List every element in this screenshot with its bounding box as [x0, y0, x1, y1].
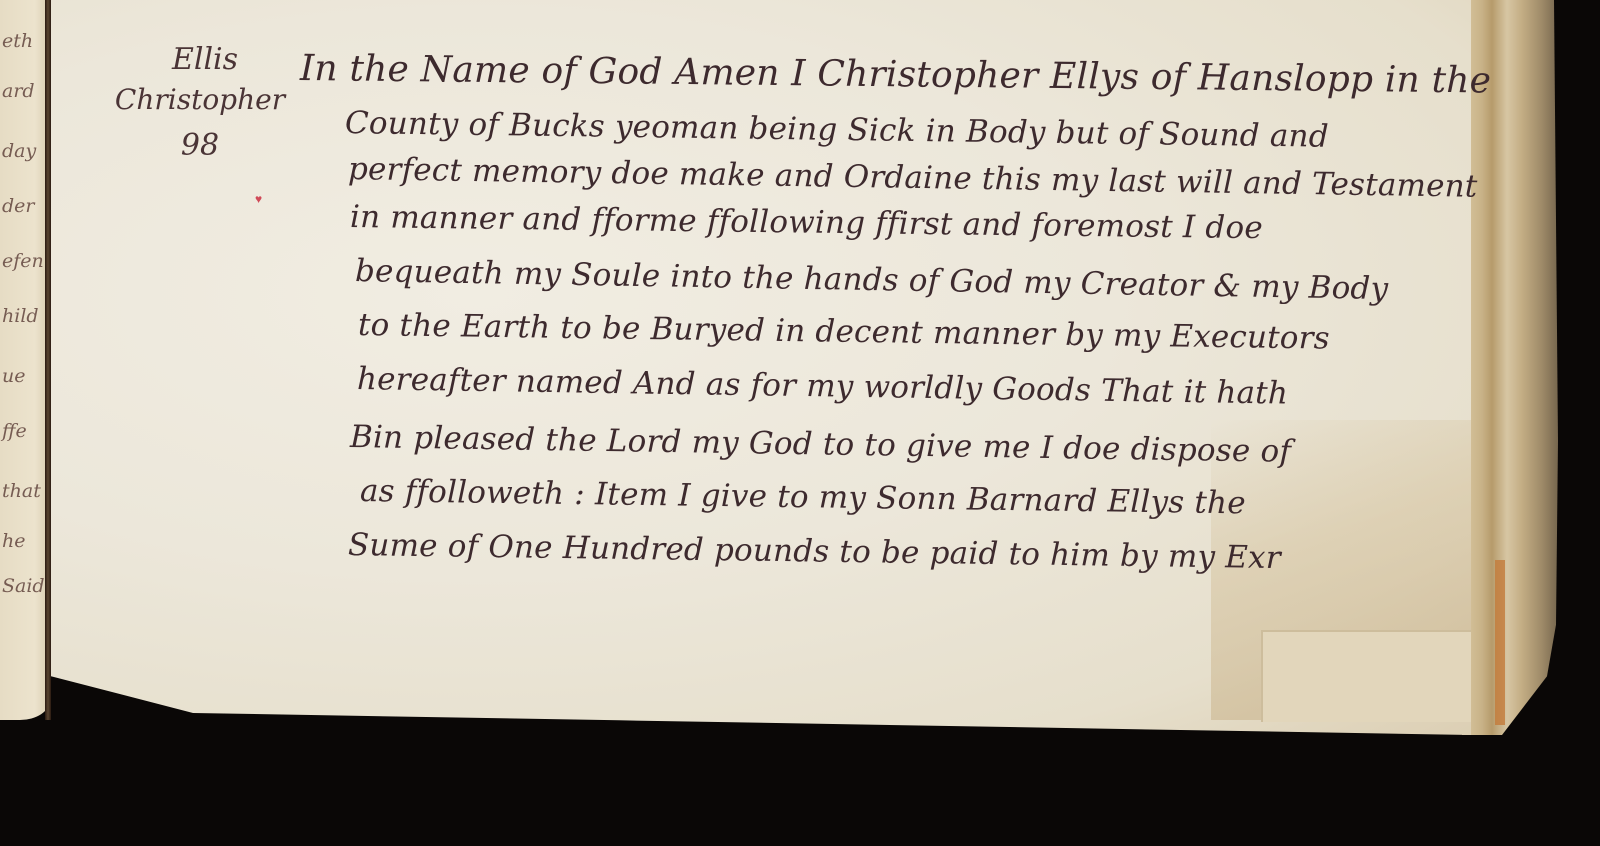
margin-surname: Ellis — [120, 40, 290, 80]
left-page-fragment: efen — [2, 250, 44, 272]
page-edge-stain — [1495, 560, 1505, 725]
left-page-fragment: ard — [2, 80, 35, 102]
book-gutter — [45, 0, 51, 720]
will-text: In the Name of God Amen I Christopher El… — [300, 42, 1450, 572]
left-page-fragment: day — [2, 140, 36, 162]
left-page-fragment: ffe — [2, 420, 27, 442]
red-ink-mark-icon: ♥ — [255, 192, 262, 207]
previous-page-edge: eth ard day der efen hild ue ffe that he… — [0, 0, 50, 720]
photograph-scene: eth ard day der efen hild ue ffe that he… — [0, 0, 1600, 846]
left-page-fragment: he — [2, 530, 25, 552]
margin-note: Ellis Christopher 98 — [110, 40, 290, 166]
left-page-fragment: eth — [2, 30, 33, 52]
left-page-fragment: Said — [2, 575, 45, 597]
left-page-fragment: ue — [2, 365, 25, 387]
page-edges-stack — [1462, 0, 1562, 735]
margin-forename: Christopher — [110, 80, 290, 120]
entry-number: 98 — [110, 126, 290, 166]
left-page-fragment: der — [2, 195, 35, 217]
left-page-fragment: that — [2, 480, 41, 502]
left-page-fragment: hild — [2, 305, 39, 327]
